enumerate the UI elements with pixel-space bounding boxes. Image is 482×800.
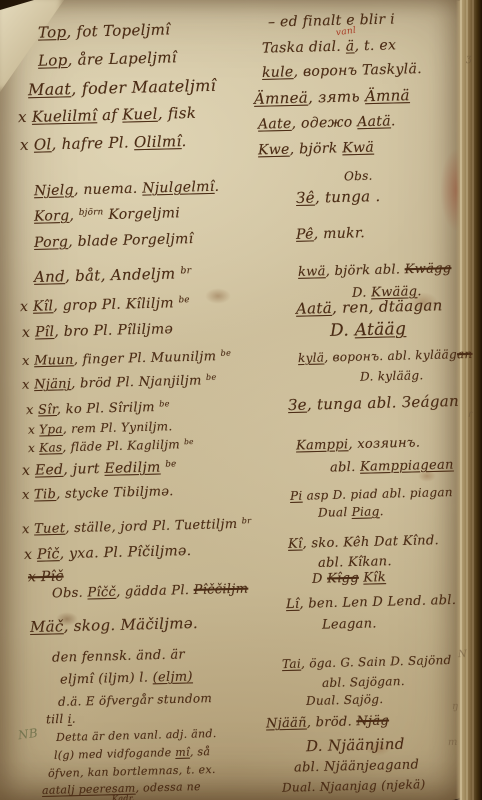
- manuscript-page: [0, 0, 466, 800]
- page-edge-line: [466, 0, 468, 800]
- page-edge-line: [472, 0, 474, 800]
- ink-stain: [418, 470, 436, 482]
- manuscript-photo: Top, fot TopeljmîLop, åre LapeljmîMaat, …: [0, 0, 482, 800]
- ink-stain: [205, 288, 231, 304]
- page-stack-edges: [456, 0, 482, 800]
- ink-stain: [56, 612, 78, 626]
- ink-stain: [365, 740, 391, 756]
- ink-stain: [408, 292, 438, 312]
- page-edge-line: [460, 0, 462, 800]
